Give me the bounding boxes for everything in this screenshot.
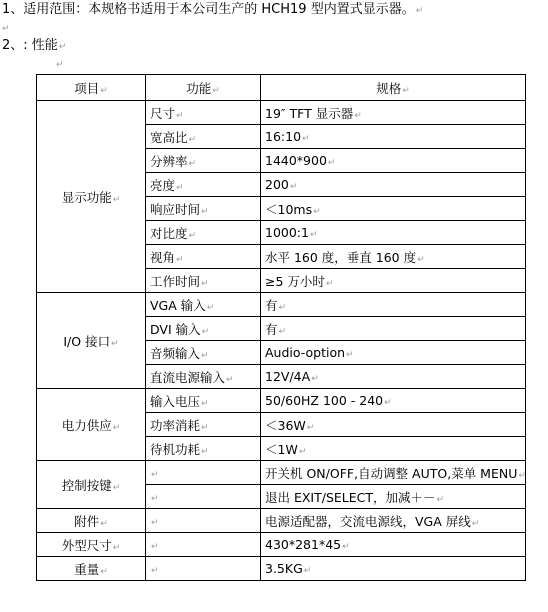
cell-spec: 19″ TFT 显示器↵ [261,101,526,125]
paragraph-mark-icon: ↵ [416,6,424,16]
paragraph-mark-icon: ↵ [328,158,336,168]
cell-item: 附件↵ [37,509,146,533]
cell-item: I/O 接口↵ [37,293,146,389]
function-label: 对比度 [150,226,188,241]
paragraph-mark-icon: ↵ [307,423,315,433]
scope-text: 1、适用范围：本规格书适用于本公司生产的 HCH19 型内置式显示器。 [2,2,415,17]
paragraph-mark-icon: ↵ [151,494,159,504]
cell-spec: 有↵ [261,293,526,317]
paragraph-mark-icon: ↵ [113,423,121,433]
item-label: 显示功能 [62,190,112,205]
spec-value: 水平 160 度，垂直 160 度 [265,250,416,265]
paragraph-mark-icon: ↵ [313,207,321,217]
table-row: 附件↵↵电源适配器，交流电源线，VGA 屏线↵ [37,509,526,533]
table-row: 外型尺寸↵↵430*281*45↵ [37,533,526,557]
cell-function: 功率消耗↵ [146,413,261,437]
spec-value: 有 [265,322,278,337]
paragraph-mark-icon: ↵ [279,303,287,313]
paragraph-mark-icon: ↵ [111,339,119,349]
paragraph-mark-icon: ↵ [113,195,121,205]
paragraph-mark-icon: ↵ [472,519,480,529]
cell-spec: 430*281*45↵ [261,533,526,557]
paragraph-mark-icon: ↵ [384,398,392,408]
paragraph-mark-icon: ↵ [201,207,209,217]
spec-value: 有 [265,298,278,313]
cell-function: 待机功耗↵ [146,437,261,461]
spec-value: 1000:1 [265,225,309,240]
table-row: 控制按键↵↵开关机 ON/OFF,自动调整 AUTO,菜单 MENU↵ [37,461,526,485]
cell-function: VGA 输入↵ [146,293,261,317]
function-label: VGA 输入 [150,298,206,313]
cell-spec: 3.5KG↵ [261,557,526,581]
function-label: 待机功耗 [150,442,200,457]
cell-function: 响应时间↵ [146,197,261,221]
paragraph-mark-icon: ↵ [113,543,121,553]
spec-value: 1440*900 [265,153,327,168]
item-label: 附件 [74,514,99,529]
spec-value: Audio-option [265,345,345,360]
function-label: 尺寸 [150,106,175,121]
performance-heading: 2、: 性能 [2,38,58,53]
function-label: 工作时间 [150,274,200,289]
header-spec: 规格↵ [261,75,526,101]
spec-value: ＜36W [265,418,306,433]
spec-value: 开关机 ON/OFF,自动调整 AUTO,菜单 MENU [265,466,517,481]
paragraph-mark-icon: ↵ [113,483,121,493]
cell-item: 显示功能↵ [37,101,146,293]
cell-spec: 12V/4A↵ [261,365,526,389]
spec-value: 19″ TFT 显示器 [265,106,353,121]
paragraph-mark-icon: ↵ [176,111,184,121]
paragraph-mark-icon: ↵ [326,279,334,289]
header-item: 项目↵ [37,75,146,101]
cell-spec: ＜1W↵ [261,437,526,461]
paragraph-mark-icon: ↵ [189,159,197,169]
cell-function: 视角↵ [146,245,261,269]
cell-function: 分辨率↵ [146,149,261,173]
cell-item: 控制按键↵ [37,461,146,509]
paragraph-mark-icon: ↵ [151,518,159,528]
paragraph-mark-icon: ↵ [2,24,10,34]
spec-value: 3.5KG [265,561,303,576]
paragraph-mark-icon: ↵ [302,134,310,144]
spec-value: 50/60HZ 100 - 240 [265,393,383,408]
spec-value: ＜1W [265,442,298,457]
cell-spec: ≥5 万小时↵ [261,269,526,293]
paragraph-mark-icon: ↵ [201,399,209,409]
function-label: 分辨率 [150,154,188,169]
item-label: I/O 接口 [63,334,110,349]
paragraph-mark-icon: ↵ [100,519,108,529]
cell-spec: 50/60HZ 100 - 240↵ [261,389,526,413]
function-label: 音频输入 [150,346,200,361]
item-label: 外型尺寸 [62,538,112,553]
table-row: 电力供应↵输入电压↵50/60HZ 100 - 240↵ [37,389,526,413]
paragraph-mark-icon: ↵ [299,447,307,457]
cell-function: 对比度↵ [146,221,261,245]
spec-table: 项目↵ 功能↵ 规格↵ 显示功能↵尺寸↵19″ TFT 显示器↵宽高比↵16:1… [36,74,526,581]
function-label: 输入电压 [150,394,200,409]
table-row: I/O 接口↵VGA 输入↵有↵ [37,293,526,317]
function-label: DVI 输入 [150,322,201,337]
cell-function: 工作时间↵ [146,269,261,293]
paragraph-mark-icon: ↵ [176,255,184,265]
item-label: 控制按键 [62,478,112,493]
paragraph-mark-icon: ↵ [151,542,159,552]
paragraph-mark-icon: ↵ [304,566,312,576]
paragraph-scope: 1、适用范围：本规格书适用于本公司生产的 HCH19 型内置式显示器。↵ [2,2,423,19]
table-row: 重量↵↵3.5KG↵ [37,557,526,581]
spec-value: 退出 EXIT/SELECT，加减＋－ [265,490,436,505]
paragraph-mark-icon: ↵ [189,135,197,145]
spec-value: 200 [265,177,289,192]
paragraph-mark-icon: ↵ [201,279,209,289]
paragraph-mark-icon: ↵ [518,471,525,481]
paragraph-mark-icon: ↵ [342,542,350,552]
function-label: 功率消耗 [150,418,200,433]
cell-item: 重量↵ [37,557,146,581]
paragraph-mark-icon: ↵ [201,447,209,457]
paragraph-mark-icon: ↵ [176,183,184,193]
cell-function: DVI 输入↵ [146,317,261,341]
paragraph-mark-icon: ↵ [437,495,445,505]
paragraph-mark-icon: ↵ [201,351,209,361]
paragraph-mark-icon: ↵ [354,111,362,121]
paragraph-performance: 2、: 性能↵ [2,38,66,55]
cell-spec: 退出 EXIT/SELECT，加减＋－↵ [261,485,526,509]
spec-value: ＜10ms [265,202,312,217]
cell-spec: 电源适配器，交流电源线，VGA 屏线↵ [261,509,526,533]
paragraph-mark-icon: ↵ [201,423,209,433]
paragraph-mark-icon: ↵ [311,374,319,384]
cell-function: ↵ [146,509,261,533]
cell-function: ↵ [146,461,261,485]
paragraph-mark-icon: ↵ [417,255,425,265]
paragraph-mark-icon: ↵ [151,566,159,576]
table-header-row: 项目↵ 功能↵ 规格↵ [37,75,526,101]
cell-spec: 1000:1↵ [261,221,526,245]
cell-function: 输入电压↵ [146,389,261,413]
paragraph-mark-icon: ↵ [189,231,197,241]
table-row: 显示功能↵尺寸↵19″ TFT 显示器↵ [37,101,526,125]
function-label: 视角 [150,250,175,265]
cell-spec: 水平 160 度，垂直 160 度↵ [261,245,526,269]
spec-value: 16:10 [265,129,301,144]
cell-function: ↵ [146,485,261,509]
paragraph-mark-icon: ↵ [59,42,67,52]
cell-function: 亮度↵ [146,173,261,197]
paragraph-mark-icon: ↵ [207,303,215,313]
paragraph-mark-icon: ↵ [279,327,287,337]
cell-function: 直流电源输入↵ [146,365,261,389]
function-label: 亮度 [150,178,175,193]
cell-function: 尺寸↵ [146,101,261,125]
cell-function: 宽高比↵ [146,125,261,149]
cell-function: ↵ [146,533,261,557]
cell-item: 电力供应↵ [37,389,146,461]
paragraph-mark-icon: ↵ [202,327,210,337]
cell-spec: 1440*900↵ [261,149,526,173]
paragraph-mark-icon: ↵ [226,375,234,385]
function-label: 直流电源输入 [150,370,225,385]
spec-value: 电源适配器，交流电源线，VGA 屏线 [265,514,471,529]
cell-function: ↵ [146,557,261,581]
header-function: 功能↵ [146,75,261,101]
spec-value: 430*281*45 [265,537,341,552]
cell-spec: 开关机 ON/OFF,自动调整 AUTO,菜单 MENU↵ [261,461,526,485]
paragraph-mark-icon: ↵ [56,60,64,70]
cell-spec: 有↵ [261,317,526,341]
paragraph-mark-icon: ↵ [151,470,159,480]
paragraph-mark-icon: ↵ [310,230,318,240]
item-label: 重量 [74,562,99,577]
paragraph-mark-icon: ↵ [346,350,354,360]
spec-value: 12V/4A [265,369,310,384]
cell-spec: 200↵ [261,173,526,197]
cell-spec: ＜10ms↵ [261,197,526,221]
cell-function: 音频输入↵ [146,341,261,365]
cell-item: 外型尺寸↵ [37,533,146,557]
function-label: 响应时间 [150,202,200,217]
paragraph-mark-icon: ↵ [100,567,108,577]
item-label: 电力供应 [62,418,112,433]
cell-spec: Audio-option↵ [261,341,526,365]
spec-value: ≥5 万小时 [265,274,325,289]
cell-spec: ＜36W↵ [261,413,526,437]
function-label: 宽高比 [150,130,188,145]
paragraph-mark-icon: ↵ [290,182,298,192]
cell-spec: 16:10↵ [261,125,526,149]
